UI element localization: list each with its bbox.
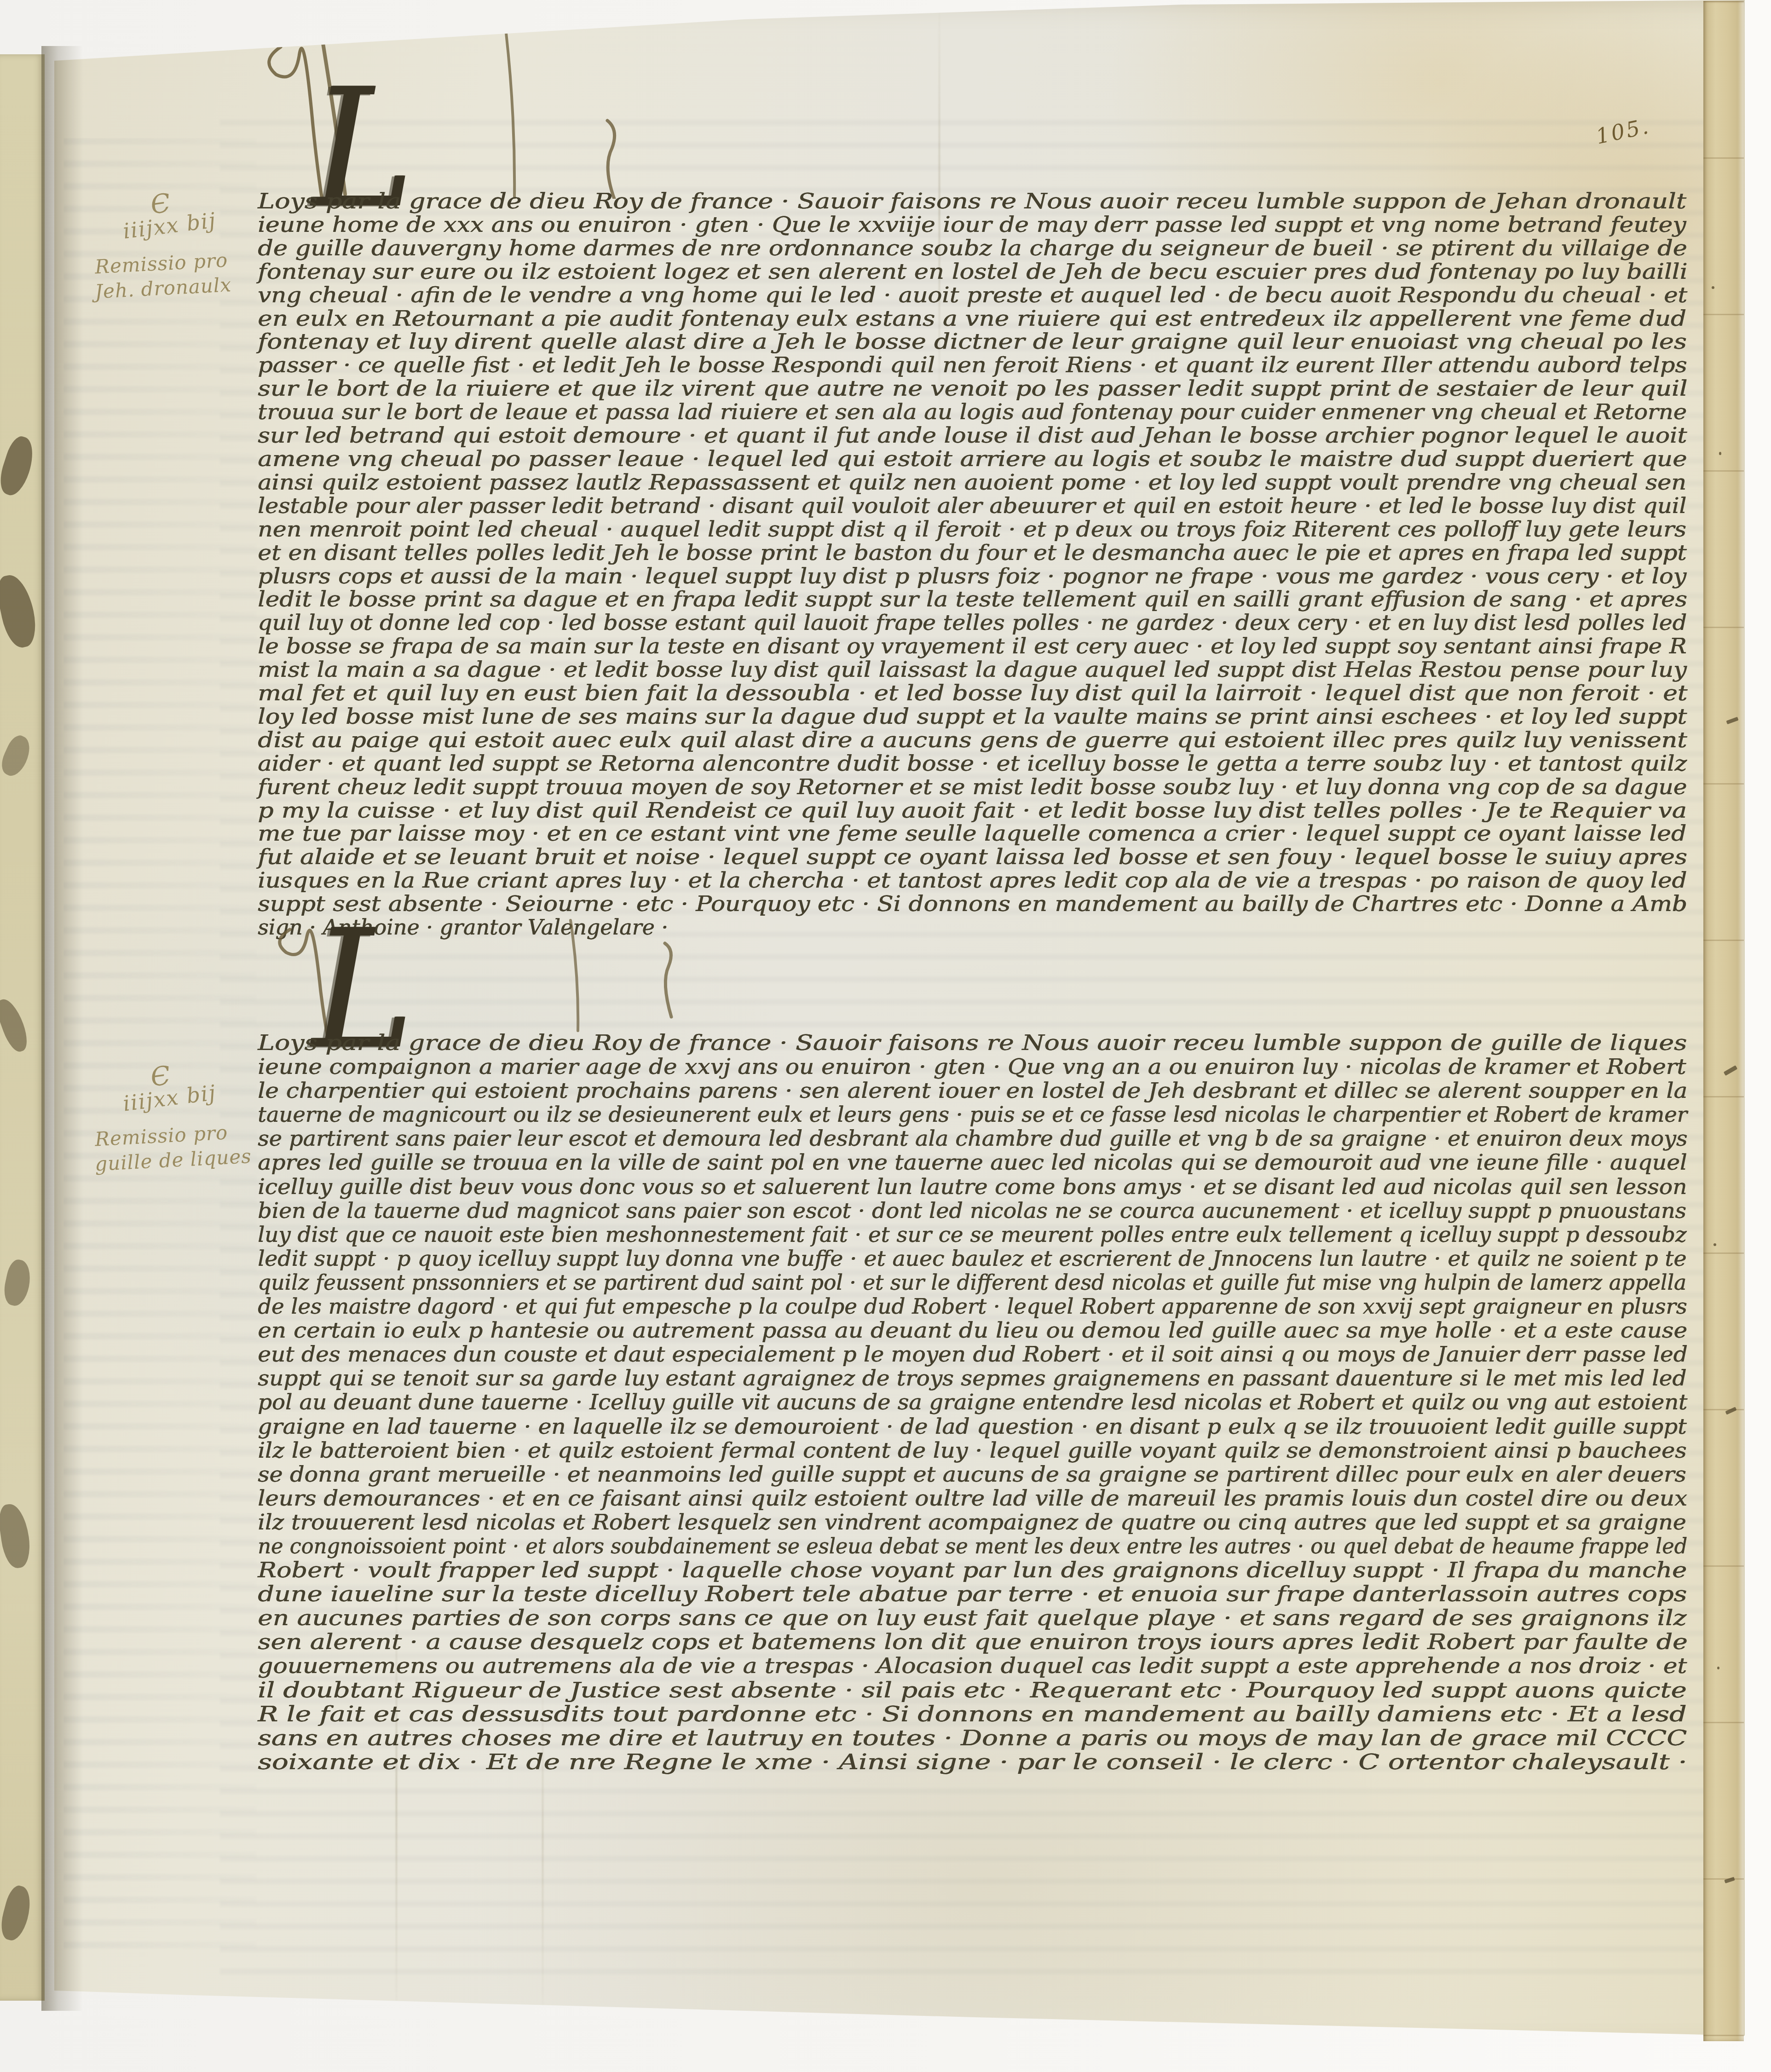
text-line: eut des menaces dun couste et daut espec… bbox=[258, 1342, 1688, 1366]
text-line: gouuernemens ou autremens ala de vie a t… bbox=[258, 1654, 1687, 1678]
edge-ink-mark bbox=[1724, 1065, 1737, 1076]
text-line: se partirent sans paier leur escot et de… bbox=[258, 1126, 1687, 1150]
text-line: graigne en lad tauerne · en laquelle ilz… bbox=[258, 1414, 1686, 1438]
text-line: Robert · voult frapper led suppt · laque… bbox=[258, 1558, 1687, 1582]
text-line: ieune home de xxx ans ou enuiron · gten … bbox=[258, 213, 1686, 237]
edge-ink-mark bbox=[1726, 717, 1738, 724]
text-line: icelluy guille dist beuv vous donc vous … bbox=[258, 1175, 1687, 1199]
ink-fragment bbox=[0, 1502, 33, 1570]
text-line: en certain io eulx p hantesie ou autreme… bbox=[258, 1318, 1687, 1342]
edge-speck bbox=[1712, 286, 1714, 289]
text-line: dist au paige qui estoit auec eulx quil … bbox=[258, 728, 1687, 752]
text-line: aider · et quant led suppt se Retorna al… bbox=[258, 752, 1687, 775]
text-line: nen menroit point led cheual · auquel le… bbox=[258, 518, 1686, 541]
ink-fragment bbox=[0, 433, 39, 499]
edge-speck bbox=[1719, 452, 1721, 455]
manuscript-page: 105. Є iiijxx bij Remissio pro Jeh. dron… bbox=[54, 0, 1745, 2052]
text-line: plusrs cops et aussi de la main · lequel… bbox=[258, 565, 1686, 588]
letter-text: Loys par la grace de dieu Roy de france … bbox=[258, 190, 1687, 939]
text-line: sans en autres choses me dire et lautruy… bbox=[258, 1726, 1687, 1750]
text-line: fontenay et luy dirent quelle alast dire… bbox=[258, 330, 1686, 353]
text-line: trouua sur le bort de leaue et passa lad… bbox=[258, 400, 1687, 424]
text-line: ainsi quilz estoient passez lautlz Repas… bbox=[258, 471, 1686, 494]
text-line: en aucunes parties de son corps sans ce … bbox=[258, 1606, 1686, 1630]
edge-ink-mark bbox=[1725, 1407, 1736, 1414]
text-line: il doubtant Rigueur de Justice sest abse… bbox=[258, 1678, 1686, 1702]
text-line: pol au deuant dune tauerne · Icelluy gui… bbox=[258, 1390, 1687, 1414]
text-line: sur led betrand qui estoit demoure · et … bbox=[258, 424, 1687, 447]
text-line: se donna grant merueille · et neanmoins … bbox=[258, 1462, 1686, 1486]
text-line: en eulx en Retournant a pie audit fonten… bbox=[258, 307, 1686, 330]
text-line: passer · ce quelle fist · et ledit Jeh l… bbox=[258, 353, 1687, 377]
text-line: vng cheual · afin de le vendre a vng hom… bbox=[258, 283, 1687, 307]
text-line: sur le bort de la riuiere et que ilz vir… bbox=[258, 377, 1687, 400]
text-line: me tue par laisse moy · et en ce estant … bbox=[258, 822, 1686, 845]
text-line: le charpentier qui estoient prochains pa… bbox=[258, 1079, 1687, 1102]
pen-flourish bbox=[248, 6, 1353, 199]
text-line: quilz feussent pnssonniers et se partire… bbox=[258, 1270, 1686, 1294]
text-line: suppt sest absente · Seiourne · etc · Po… bbox=[258, 892, 1687, 916]
verso-bleedthrough bbox=[63, 138, 257, 1956]
text-line: ilz le batteroient bien · et quilz estoi… bbox=[258, 1438, 1686, 1462]
text-line: mal fet et quil luy en eust bien fait la… bbox=[258, 681, 1687, 705]
text-line: de les maistre dagord · et qui fut empes… bbox=[258, 1294, 1687, 1318]
text-line: suppt qui se tenoit sur sa garde luy est… bbox=[258, 1366, 1686, 1390]
text-line: Loys par la grace de dieu Roy de france … bbox=[258, 190, 1686, 213]
text-line: fut alaide et se leuant bruit et noise ·… bbox=[258, 845, 1687, 869]
text-line: Loys par la grace de dieu Roy de france … bbox=[258, 1031, 1687, 1055]
text-line: ilz trouuerent lesd nicolas et Robert le… bbox=[258, 1510, 1686, 1534]
ink-fragment bbox=[0, 996, 32, 1055]
text-line: sen alerent · a cause desquelz cops et b… bbox=[258, 1630, 1687, 1654]
text-line: amene vng cheual po passer leaue · leque… bbox=[258, 447, 1687, 471]
text-line: bien de la tauerne dud magnicot sans pai… bbox=[258, 1199, 1686, 1223]
text-line: le bosse se frapa de sa main sur la test… bbox=[258, 635, 1686, 658]
text-line: tauerne de magnicourt ou ilz se desieune… bbox=[258, 1102, 1687, 1126]
text-line: dune iaueline sur la teste dicelluy Robe… bbox=[258, 1582, 1687, 1606]
previous-folio-edge bbox=[0, 54, 45, 2001]
edge-speck bbox=[1717, 1667, 1719, 1669]
text-line: et en disant telles polles ledit Jeh le … bbox=[258, 541, 1687, 565]
text-line: mist la main a sa dague · et ledit bosse… bbox=[258, 658, 1687, 681]
text-line: fontenay sur eure ou ilz estoient logez … bbox=[258, 260, 1687, 283]
ink-fragment bbox=[0, 1883, 35, 1943]
text-line: loy led bosse mist lune de ses mains sur… bbox=[258, 705, 1687, 728]
text-line: de guille dauvergny home darmes de nre o… bbox=[258, 237, 1687, 260]
text-line: ledit suppt · p quoy icelluy suppt luy d… bbox=[258, 1247, 1686, 1270]
text-line: ledit le bosse print sa dague et en frap… bbox=[258, 588, 1687, 611]
text-line: p my la cuisse · et luy dist quil Rendei… bbox=[258, 799, 1687, 822]
text-line: leurs demourances · et en ce faisant ain… bbox=[258, 1486, 1687, 1510]
text-line: lestable pour aler passer ledit betrand … bbox=[258, 494, 1686, 518]
edge-speck bbox=[1713, 1243, 1716, 1246]
text-line: ne congnoissoient point · et alors soubd… bbox=[258, 1534, 1687, 1558]
text-line: apres led guille se trouua en la ville d… bbox=[258, 1150, 1687, 1174]
text-line: furent cheuz ledit suppt trouua moyen de… bbox=[258, 775, 1687, 799]
remission-letter-1: L Loys par la grace de dieu Roy de franc… bbox=[258, 190, 1687, 939]
folio-number: 105. bbox=[1594, 113, 1652, 149]
text-line: iusques en la Rue criant apres luy · et … bbox=[258, 869, 1687, 892]
text-line: R le fait et cas dessusdits tout pardonn… bbox=[258, 1702, 1686, 1726]
letter-text: Loys par la grace de dieu Roy de france … bbox=[258, 1031, 1687, 1774]
ink-fragment bbox=[0, 733, 35, 780]
edge-ink-mark bbox=[1724, 1877, 1735, 1883]
text-line: quil luy ot donne led cop · led bosse es… bbox=[258, 611, 1687, 635]
remission-letter-2: L Loys par la grace de dieu Roy de franc… bbox=[258, 1031, 1687, 1774]
ink-fragment bbox=[1, 1258, 34, 1308]
book-fore-edge bbox=[1703, 1, 1744, 2041]
text-line: soixante et dix · Et de nre Regne le xme… bbox=[258, 1750, 1687, 1774]
text-line: ieune compaignon a marier aage de xxvj a… bbox=[258, 1055, 1686, 1079]
manuscript-scan: 105. Є iiijxx bij Remissio pro Jeh. dron… bbox=[0, 0, 1771, 2072]
text-line: luy dist que ce nauoit este bien meshonn… bbox=[258, 1223, 1686, 1247]
ink-fragment bbox=[0, 571, 40, 650]
